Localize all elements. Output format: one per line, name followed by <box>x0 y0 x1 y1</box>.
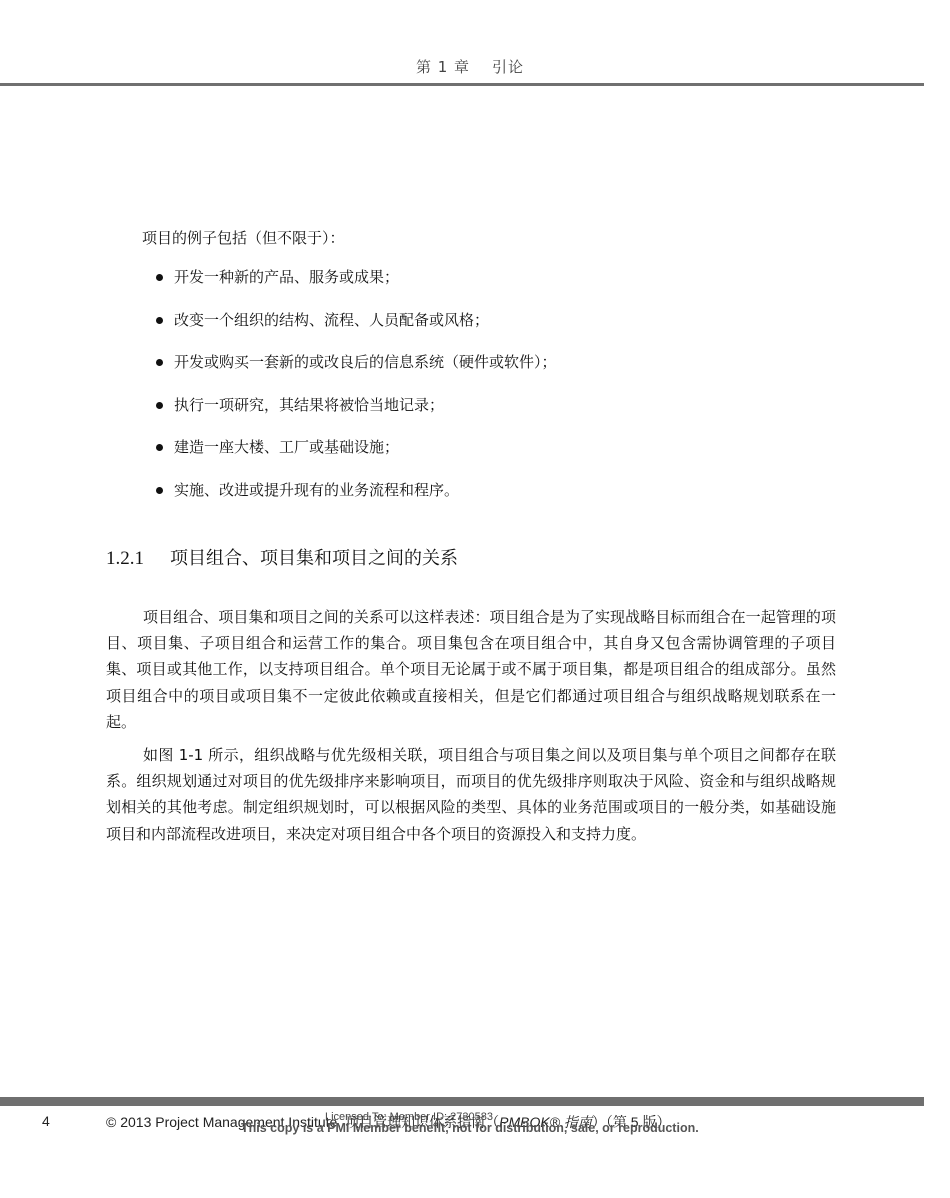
copy-notice: This copy is a PMI Member benefit, not f… <box>241 1121 699 1135</box>
page-number: 4 <box>42 1113 50 1129</box>
chapter-title: 引论 <box>492 58 524 76</box>
list-item: 执行一项研究，其结果将被恰当地记录； <box>156 394 557 437</box>
section-number: 1.2.1 <box>106 548 170 570</box>
list-item: 建造一座大楼、工厂或基础设施； <box>156 436 557 479</box>
list-item: 改变一个组织的结构、流程、人员配备或风格； <box>156 309 557 352</box>
running-header: 第 1 章引论 <box>0 56 940 77</box>
section-title: 项目组合、项目集和项目之间的关系 <box>170 548 458 569</box>
section-heading: 1.2.1项目组合、项目集和项目之间的关系 <box>106 544 458 570</box>
header-rule <box>0 83 924 86</box>
list-item: 实施、改进或提升现有的业务流程和程序。 <box>156 479 557 522</box>
examples-list: 开发一种新的产品、服务或成果； 改变一个组织的结构、流程、人员配备或风格； 开发… <box>156 266 557 521</box>
list-item: 开发或购买一套新的或改良后的信息系统（硬件或软件）； <box>156 351 557 394</box>
bullet-icon <box>156 487 163 494</box>
bullet-icon <box>156 274 163 281</box>
chapter-number: 第 1 章 <box>416 58 470 76</box>
bullet-icon <box>156 317 163 324</box>
bullet-icon <box>156 402 163 409</box>
bullet-icon <box>156 444 163 451</box>
intro-text: 项目的例子包括（但不限于）： <box>142 227 345 248</box>
footer-rule <box>0 1097 924 1106</box>
bullet-icon <box>156 359 163 366</box>
body-paragraph: 如图 1-1 所示，组织战略与优先级相关联，项目组合与项目集之间以及项目集与单个… <box>106 742 836 847</box>
body-paragraph: 项目组合、项目集和项目之间的关系可以这样表述：项目组合是为了实现战略目标而组合在… <box>106 604 836 735</box>
list-item: 开发一种新的产品、服务或成果； <box>156 266 557 309</box>
